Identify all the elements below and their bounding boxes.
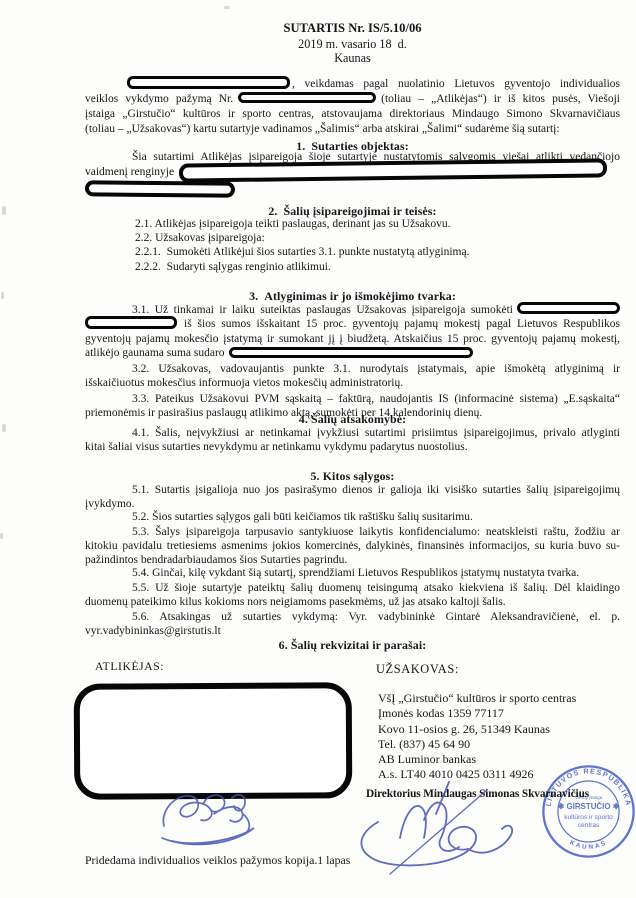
scan-artifact [2, 206, 6, 215]
stamp-ring-bottom-text: KAUNAS [568, 839, 608, 851]
text-line: išskaičiuotus mokesčius informuoja vieto… [85, 376, 620, 391]
clause-3-1: 3.1. Už tinkamai ir laiku suteiktas pasl… [85, 303, 620, 361]
text-line: (toliau – „Užsakovas“) kartu sutartyje v… [85, 122, 620, 137]
text-line: 3.2. Užsakovas, vadovaujantis punkte 3.1… [85, 362, 620, 377]
text-line: įstaiga „Girstučio“ kultūros ir sporto c… [85, 107, 620, 122]
detail-line: VšĮ „Girstučio“ kultūros ir sporto centr… [378, 691, 576, 706]
section-4-heading: 4. Šalių atsakomybė: [85, 412, 620, 427]
performer-signature [148, 786, 278, 854]
text-line: 5.1. Sutartis įsigalioja nuo jos pasiraš… [85, 483, 620, 497]
performer-label: ATLIKĖJAS: [95, 660, 164, 673]
director-signature [338, 778, 538, 878]
text-line: veiklos vykdymo pažymą Nr.(toliau – „Atl… [85, 92, 620, 107]
section-1-paragraph: Šia sutartimi Atlikėjas įsipareigoja šio… [85, 150, 620, 197]
text-line: gyventojų pajamų mokesčio įstatymą ir su… [85, 332, 620, 347]
text-line: vaidmenį renginyje [85, 165, 620, 180]
scan-artifact [2, 424, 6, 432]
text-line: 5.5. Už šioje sutartyje pateiktų šalių d… [85, 581, 620, 595]
client-label: UŽSAKOVAS: [376, 662, 459, 677]
redacted-event-details-2 [85, 181, 235, 198]
clause-5-6: 5.6. Atsakingas už sutarties vykdymą: Vy… [85, 610, 620, 638]
redacted-certificate-number [238, 92, 376, 103]
redacted-performer-details-box [74, 682, 353, 799]
clause-5-3: 5.3. Šalys įsipareigoja tarpusavio santy… [85, 525, 620, 567]
clause-3-2: 3.2. Užsakovas, vadovaujantis punkte 3.1… [85, 362, 620, 391]
stamp-org-line3: centras [578, 822, 600, 829]
text-line: duomenų pateikimo kilus kokioms nors nei… [85, 595, 620, 609]
detail-line: Įmonės kodas 1359 77117 [378, 706, 576, 721]
redacted-amount [517, 302, 620, 314]
clause-5-2: 5.2. Šios sutarties sąlygos gali būti ke… [85, 511, 620, 523]
list-item: 2.2.2. Sudaryti sąlygas renginio atlikim… [135, 260, 620, 274]
scan-artifact [224, 6, 230, 9]
text-line [85, 182, 620, 197]
attachment-note: Pridedama individualios veiklos pažymos … [85, 853, 350, 868]
redacted-amount-words [85, 316, 177, 329]
intro-paragraph: , veikdamas pagal nuolatinio Lietuvos gy… [85, 77, 620, 137]
section-3-heading: 3. Atlyginimas ir jo išmokėjimo tvarka: [85, 289, 620, 304]
text-line: , veikdamas pagal nuolatinio Lietuvos gy… [85, 77, 620, 92]
clause-5-4: 5.4. Ginčai, kilę vykdant šią sutartį, s… [85, 567, 620, 579]
svg-text:KAUNAS: KAUNAS [568, 839, 608, 851]
contract-city: Kaunas [85, 51, 620, 66]
text-line: kitokiu pavidalu tretiesiems asmenims jo… [85, 539, 620, 553]
text-line: kitai šaliai visus sutarties nevykdymu a… [85, 440, 620, 454]
clause-5-1: 5.1. Sutartis įsigalioja nuo jos pasiraš… [85, 483, 620, 511]
section-5-heading: 5. Kitos sąlygos: [85, 469, 620, 484]
text-line: atlikėjo gaunama suma sudaro [85, 346, 620, 361]
list-item: 2.2. Užsakovas įsipareigoja: [135, 231, 620, 245]
text-line: iš šios sumos išskaitant 15 proc. gyvent… [85, 317, 620, 332]
redacted-net-amount [229, 347, 473, 358]
detail-line: Tel. (837) 45 64 90 [378, 737, 576, 752]
stamp-org-line2: kultūros ir sporto [564, 814, 613, 821]
stamp-org-name: ✱ GIRSTUČIO ✱ [558, 802, 620, 811]
list-item: 2.2.1. Sumokėti Atlikėjui šios sutarties… [135, 245, 620, 259]
scan-artifact [0, 533, 3, 539]
text-line: 3.3. Pateikus Užsakovui PVM sąskaitą – f… [85, 392, 620, 407]
text-line: 4.1. Šalis, neįvykžiusi ar netinkamai įv… [85, 426, 620, 440]
section-6-heading: 6. Šalių rekvizitai ir parašai: [85, 638, 620, 653]
text-line: 5.6. Atsakingas už sutarties vykdymą: Vy… [85, 610, 620, 624]
contract-title: SUTARTIS Nr. IS/5.10/06 [85, 21, 620, 36]
document-page: SUTARTIS Nr. IS/5.10/06 2019 m. vasario … [0, 0, 636, 898]
text-line: 3.1. Už tinkamai ir laiku suteiktas pasl… [85, 303, 620, 318]
list-item: 2.1. Atlikėjas įsipareigoja teikti pasla… [135, 217, 620, 231]
section-2-items: 2.1. Atlikėjas įsipareigoja teikti pasla… [85, 217, 620, 274]
clause-4-1: 4.1. Šalis, neįvykžiusi ar netinkamai įv… [85, 426, 620, 455]
text-line: įvykdymo. [85, 497, 620, 511]
detail-line: Kovo 11-osios g. 26, 51349 Kaunas [378, 722, 576, 737]
text-line: pažindintos bendradarbiaudamos šios Suta… [85, 553, 620, 567]
text-line: 5.3. Šalys įsipareigoja tarpusavio santy… [85, 525, 620, 539]
clause-5-5: 5.5. Už šioje sutartyje pateiktų šalių d… [85, 581, 620, 609]
redacted-event-details [179, 159, 607, 183]
official-stamp: LIETUVOS RESPUBLIKA KAUNAS Viešoji įstai… [540, 763, 636, 860]
contract-date: 2019 m. vasario 18 d. [85, 37, 620, 52]
contact-email: vyr.vadybininkas@girstutis.lt [85, 624, 620, 638]
redacted-performer-name [127, 76, 290, 89]
scan-artifact [1, 292, 4, 299]
